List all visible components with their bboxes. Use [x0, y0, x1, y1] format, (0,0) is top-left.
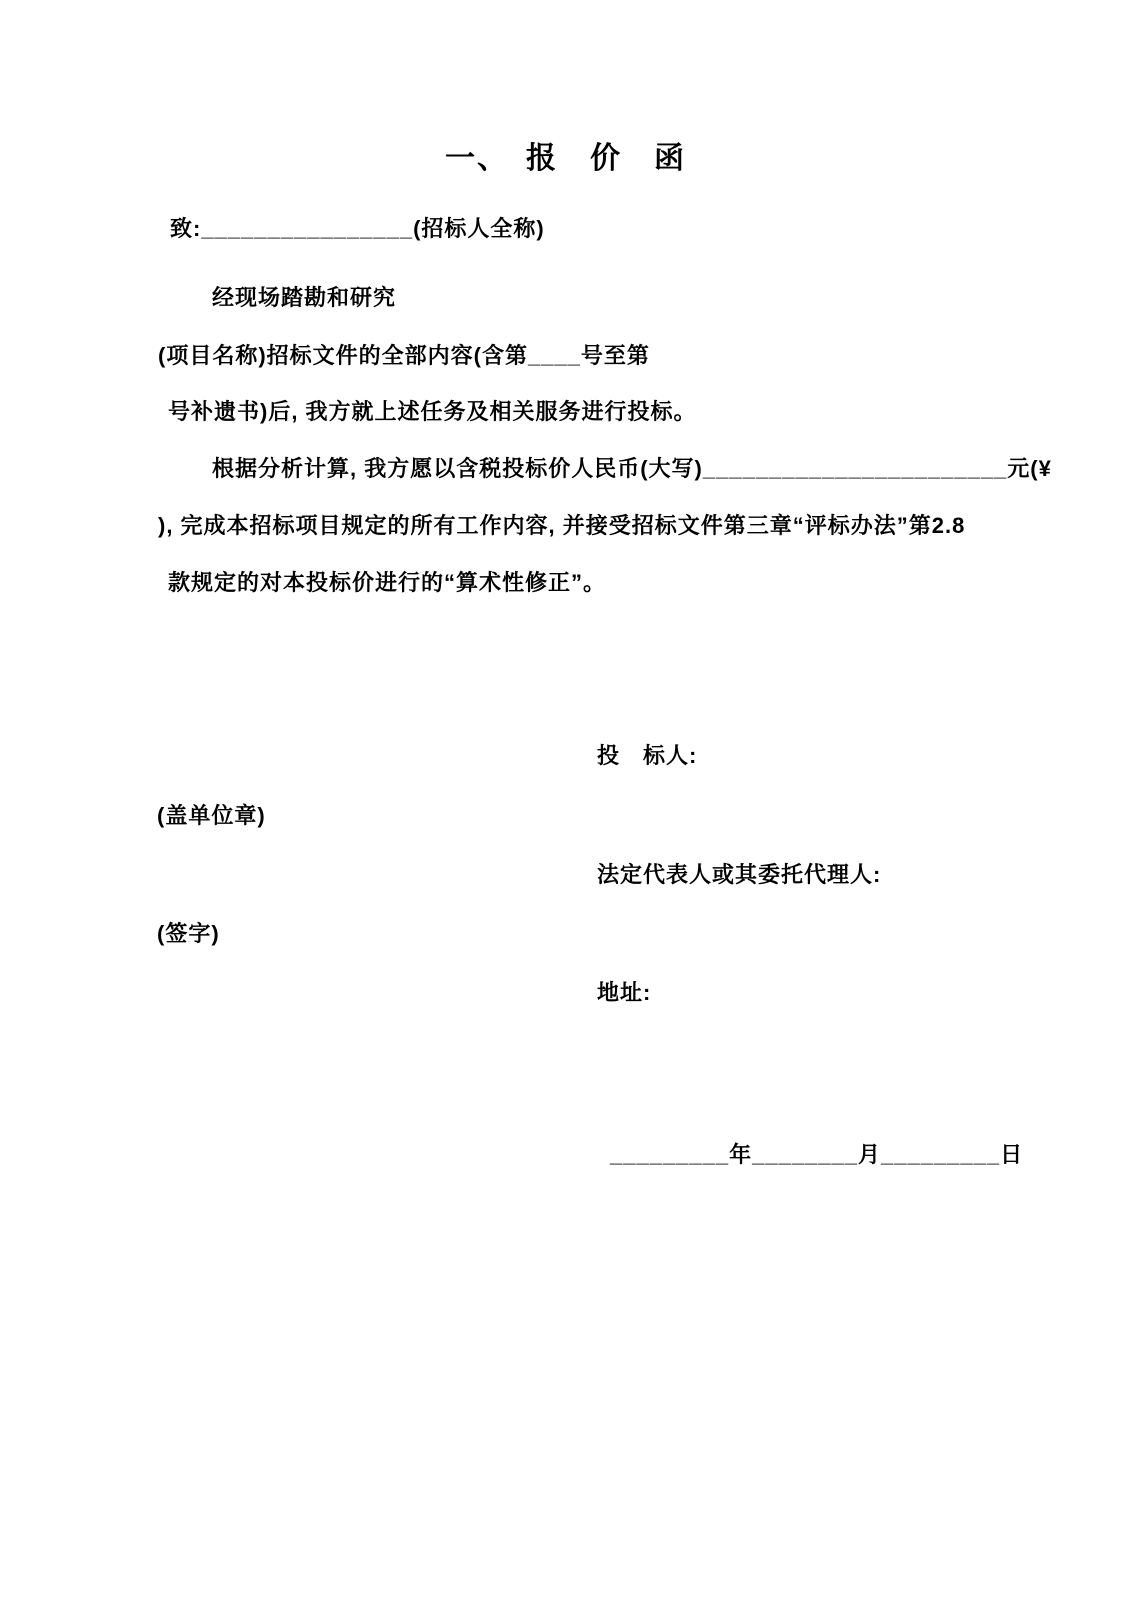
legal-representative-label: 法定代表人或其委托代理人:	[597, 862, 881, 888]
address-label: 地址:	[597, 980, 651, 1006]
body-line-project-name: (项目名称)招标文件的全部内容(含第____号至第	[158, 343, 650, 369]
signature-note: (签字)	[157, 921, 220, 947]
document-page: 一、 报 价 函 致:________________(招标人全称) 经现场踏勘…	[0, 0, 1131, 1600]
page-title: 一、 报 价 函	[0, 133, 1131, 177]
salutation-line: 致:________________(招标人全称)	[170, 216, 545, 242]
body-line-addendum: 号补遗书)后, 我方就上述任务及相关服务进行投标。	[168, 399, 697, 425]
body-line-survey: 经现场踏勘和研究	[212, 285, 396, 311]
seal-note: (盖单位章)	[157, 803, 266, 829]
body-line-bid-price: 根据分析计算, 我方愿以含税投标价人民币(大写)________________…	[212, 456, 1052, 482]
date-line: _________年________月_________日	[610, 1142, 1023, 1168]
body-line-arithmetic-correction: 款规定的对本投标价进行的“算术性修正”。	[168, 570, 606, 596]
bidder-label: 投 标人:	[597, 743, 697, 769]
body-line-evaluation-method: ), 完成本招标项目规定的所有工作内容, 并接受招标文件第三章“评标办法”第2.…	[158, 513, 965, 539]
